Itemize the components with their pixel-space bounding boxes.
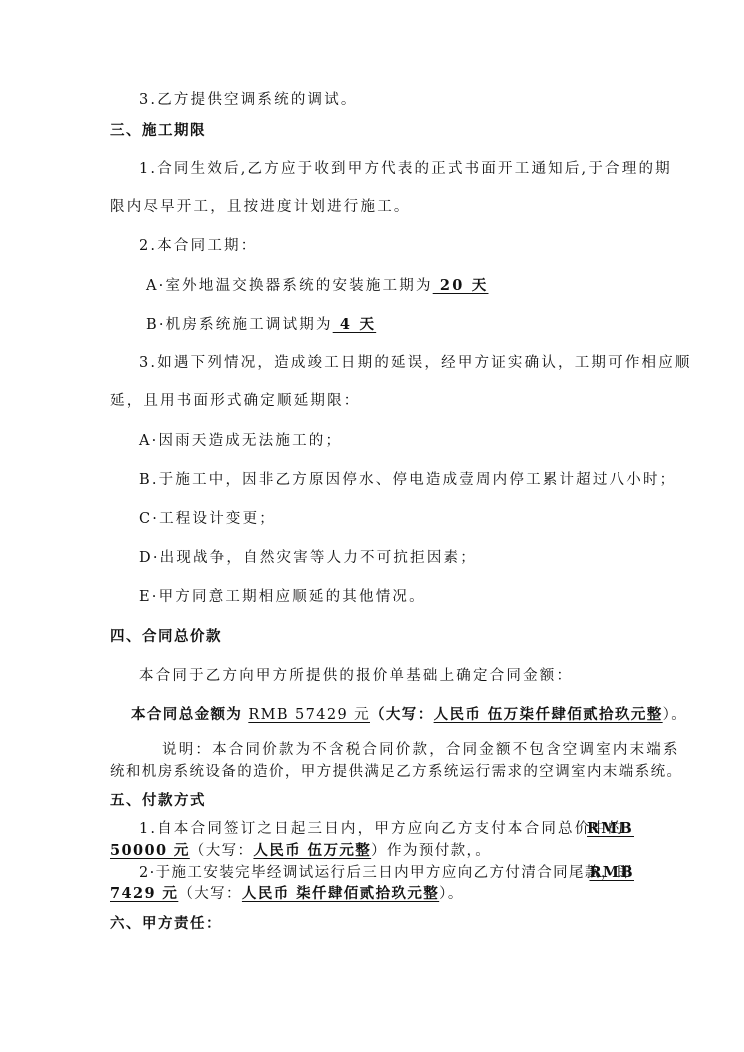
payment-1-amount-words: 人民币 伍万元整 xyxy=(253,842,371,859)
condition-c: C·工程设计变更； xyxy=(139,509,276,529)
payment-1-currency: RMB xyxy=(587,819,634,839)
payment-2-suffix: ）。 xyxy=(439,886,464,902)
total-amount: RMB 57429 元 xyxy=(248,707,370,723)
paragraph-3-2-b: B·机房系统施工调试期为 4 天 xyxy=(146,315,376,335)
paragraph-4-note-line-2: 统和机房系统设备的造价，甲方提供满足乙方系统运行需求的空调室内末端系统。 xyxy=(110,762,682,782)
condition-b: B.于施工中，因非乙方原因停水、停电造成壹周内停工累计超过八小时； xyxy=(139,470,676,490)
paragraph-item-3: 3.乙方提供空调系统的调试。 xyxy=(139,90,358,110)
paragraph-4-intro: 本合同于乙方向甲方所提供的报价单基础上确定合同金额： xyxy=(139,666,573,686)
paragraph-3-1-line-2: 限内尽早开工，且按进度计划进行施工。 xyxy=(110,197,411,217)
payment-2-text: 2·于施工安装完毕经调试运行后三日内甲方应向乙方付清合同尾款，即 xyxy=(139,865,633,881)
paragraph-3-3-line-1: 3.如遇下列情况，造成竣工日期的延误，经甲方证实确认，工期可作相应顺 xyxy=(139,353,692,373)
payment-1-suffix: ）作为预付款，。 xyxy=(371,843,491,859)
period-a-text: A·室外地温交换器系统的安装施工期为 xyxy=(146,278,433,294)
payment-1-mid: （大写： xyxy=(190,843,254,859)
paragraph-5-1-line-1: 1.自本合同签订之日起三日内，甲方应向乙方支付本合同总价中的 RMB xyxy=(139,819,634,839)
payment-1-text: 1.自本合同签订之日起三日内，甲方应向乙方支付本合同总价中的 xyxy=(139,821,625,837)
period-a-value: 20 天 xyxy=(433,277,489,294)
total-prefix: 本合同总金额为 xyxy=(131,706,242,723)
section-heading-4: 四、合同总价款 xyxy=(110,627,222,647)
section-heading-6: 六、甲方责任： xyxy=(110,914,222,934)
total-amount-words: 人民币 伍万柒仟肆佰贰拾玖元整 xyxy=(434,706,663,723)
condition-a: A·因雨天造成无法施工的； xyxy=(139,431,342,451)
total-mid: （大写： xyxy=(370,706,434,723)
total-suffix: ）。 xyxy=(663,707,688,723)
paragraph-5-2-line-2: 7429 元（大写：人民币 柒仟肆佰贰拾玖元整）。 xyxy=(110,884,464,904)
paragraph-3-2: 2.本合同工期： xyxy=(139,236,257,256)
condition-d: D·出现战争，自然灾害等人力不可抗拒因素； xyxy=(139,548,477,568)
period-b-value: 4 天 xyxy=(333,316,377,333)
payment-2-amount: 7429 元 xyxy=(110,885,178,902)
paragraph-5-1-line-2: 50000 元（大写：人民币 伍万元整）作为预付款，。 xyxy=(110,841,491,861)
paragraph-3-3-line-2: 延，且用书面形式确定顺延期限： xyxy=(110,391,361,411)
paragraph-5-2-line-1: 2·于施工安装完毕经调试运行后三日内甲方应向乙方付清合同尾款，即 RMB xyxy=(139,863,634,883)
payment-2-amount-words: 人民币 柒仟肆佰贰拾玖元整 xyxy=(242,885,439,902)
payment-2-mid: （大写： xyxy=(178,886,242,902)
section-heading-3: 三、施工期限 xyxy=(110,121,206,141)
section-heading-5: 五、付款方式 xyxy=(110,791,206,811)
payment-1-amount: 50000 元 xyxy=(110,842,190,859)
paragraph-3-2-a: A·室外地温交换器系统的安装施工期为 20 天 xyxy=(146,276,488,296)
paragraph-4-note-line-1: 说明：本合同价款为不含税合同价款，合同金额不包含空调室内末端系 xyxy=(162,740,680,760)
condition-e: E·甲方同意工期相应顺延的其他情况。 xyxy=(139,587,426,607)
payment-2-currency: RMB xyxy=(589,863,634,883)
paragraph-4-total: 本合同总金额为 RMB 57429 元（大写：人民币 伍万柒仟肆佰贰拾玖元整）。 xyxy=(131,705,687,725)
paragraph-3-1-line-1: 1.合同生效后,乙方应于收到甲方代表的正式书面开工通知后,于合理的期 xyxy=(139,159,672,179)
period-b-text: B·机房系统施工调试期为 xyxy=(146,317,333,333)
